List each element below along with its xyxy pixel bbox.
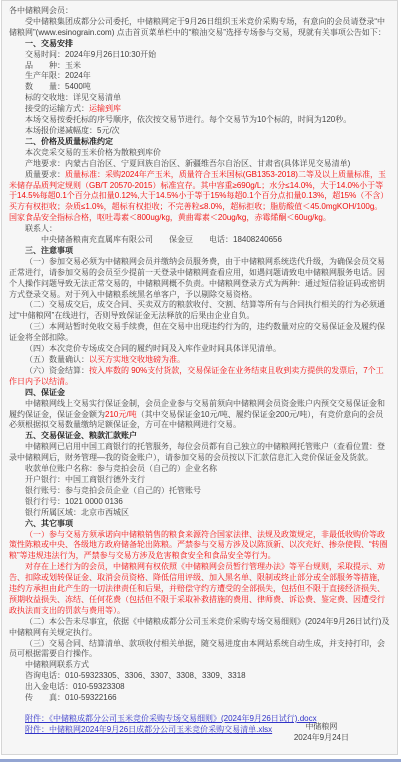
other-item-3: （三）交易合同、结算清单、款项收付相关单据，随交易进度由本网站系统自动生成，并支… <box>9 639 390 661</box>
intro-paragraph: 受中储粮集团成都分公司委托，中储粮网定于9月26日组织玉米竞价采购专场，有意向的… <box>9 17 390 39</box>
text-run: 六、其它事项 <box>25 519 73 528</box>
origin-requirement-line: 产地要求：内蒙古自治区、宁夏回族自治区、新疆维吾尔自治区、甘肃省(具体详见交易清… <box>9 159 390 170</box>
highlighted-text: 以买方实地交收地磅为准。 <box>89 355 185 364</box>
text-run: 联系人： <box>25 224 57 233</box>
text-run: 中储粮网已启用中国工商银行的托管服务，每位会员都有自己独立的中储粮网托管账户（查… <box>9 442 385 462</box>
other-item-2: （二）本公告未尽事宜，依据《中储粮成都分公司玉米竞价采购专场交易细则》(2024… <box>9 617 390 639</box>
payee-name-line: 收款单位账户名称：参与竞拍会员（自己的）企业名称 <box>9 464 390 475</box>
notice-item-5: （五）数量确认：以买方实地交收地磅为准。 <box>9 355 390 366</box>
other-item-1: （一）参与交易方须承诺向中储粮销售的粮食来源符合国家法律、法规及政策规定，非最低… <box>9 530 390 563</box>
consult-phone-line: 咨询电话：010-59323305、3306、3307、3308、3309、33… <box>9 671 390 682</box>
text-run: 一、交易安排 <box>25 39 73 48</box>
text-run: （一）参加交易必须为中储粮网会员并缴纳会员服务费，由于中储粮网系统迭代升级，为确… <box>9 257 385 299</box>
signature-date: 2024年9月24日 <box>294 733 349 744</box>
contact-detail-line: 中央储备粮南充直属库有限公司 保金豆 电话：18408240656 <box>9 235 390 246</box>
section-1-heading: 一、交易安排 <box>9 39 390 50</box>
other-item-1-consequence: 对存在上述行为的会员，中储粮网有权依照《中储粮网会员暂行管理办法》等平台规则，采… <box>9 562 390 617</box>
text-run: 本场交易按委托标的序号顺序，依次按交易节进行。每个交易节为10个标的，时间为12… <box>25 115 351 124</box>
highlighted-text: 对存在上述行为的会员，中储粮网有权依照《中储粮网会员暂行管理办法》等平台规则，采… <box>9 562 385 615</box>
contact-methods-label: 中储粮网联系方式 <box>9 660 390 671</box>
text-run: （六）资金结算： <box>25 366 89 375</box>
text-run: （三）本网站暂时免收交易手续费，但在交易中出现违约行为的，违约数量对应的交易保证… <box>9 322 385 342</box>
text-run: 各中储粮网会员： <box>9 6 73 15</box>
delivery-place-line: 标的交收地：详见交易清单 <box>9 93 390 104</box>
notice-item-6: （六）资金结算：按入库数的 90%支付货款，交易保证金在业务结束且收到卖方提供的… <box>9 366 390 388</box>
document-body: 各中储粮网会员：受中储粮集团成都分公司委托，中储粮网定于9月26日组织玉米竞价采… <box>9 6 390 736</box>
quantity-line: 数 量：5400吨 <box>9 82 390 93</box>
text-run: 本次竞采交易的玉米价格为散粮到库价 <box>25 148 161 157</box>
announcement-document: 各中储粮网会员：受中储粮集团成都分公司委托，中储粮网定于9月26日组织玉米竞价采… <box>1 0 398 755</box>
bank-region-line: 银行所属区域：北京市西城区 <box>9 508 390 519</box>
highlighted-text: （一）参与交易方须承诺向中储粮销售的粮食来源符合国家法律、法规及政策规定，非最低… <box>9 530 388 561</box>
text-run: 中央储备粮南充直属库有限公司 保金豆 电话：18408240656 <box>41 235 282 244</box>
attachment-link[interactable]: 附件：中储粮网2024年9月26日成都分公司玉米竞价采购交易清单.xlsx <box>25 725 272 734</box>
bank-code-line: 银行行号：1021 0000 0136 <box>9 497 390 508</box>
signature-block: 中储粮网 2024年9月24日 <box>294 722 349 744</box>
salutation: 各中储粮网会员： <box>9 6 390 17</box>
highlighted-text: 运输到库 <box>89 104 121 113</box>
signature-org: 中储粮网 <box>294 722 349 733</box>
text-run: 四、保证金 <box>25 388 65 397</box>
text-run: 品 种：玉米 <box>25 61 81 70</box>
text-run: 本场报价递减幅度：5元/次 <box>25 126 120 135</box>
text-run: （四）本次竞价专场成交合同的履约时间及入库作业时间具体详见清单。 <box>25 344 281 353</box>
section-2-heading: 二、价格及质量标准约定 <box>9 137 390 148</box>
text-run: 银行所属区域：北京市西城区 <box>25 508 129 517</box>
highlighted-text: 210元/吨 <box>105 410 137 419</box>
trade-time-line: 交易时间：2024年9月26日10:30开始 <box>9 50 390 61</box>
text-run: 咨询电话：010-59323305、3306、3307、3308、3309、33… <box>25 671 246 680</box>
text-run: 三、注意事项 <box>25 246 73 255</box>
notice-item-3: （三）本网站暂时免收交易手续费，但在交易中出现违约行为的，违约数量对应的交易保证… <box>9 322 390 344</box>
text-run: 质量要求： <box>25 170 65 179</box>
bid-step-line: 本场报价递减幅度：5元/次 <box>9 126 390 137</box>
text-run: 数 量：5400吨 <box>25 82 91 91</box>
text-run: 银行行号：1021 0000 0136 <box>25 497 123 506</box>
text-run: （三）交易合同、结算清单、款项收付相关单据，随交易进度由本网站系统自动生成，并支… <box>9 639 385 659</box>
attachment-link[interactable]: 附件：《中储粮成都分公司玉米竞价采购专场交易细则》(2024年9月26日试行).… <box>25 714 317 723</box>
quality-requirement-paragraph: 质量要求：质量标准：采购2024年产玉米，质量符合玉米国标(GB1353-201… <box>9 170 390 225</box>
variety-line: 品 种：玉米 <box>9 61 390 72</box>
price-basis-line: 本次竞采交易的玉米价格为散粮到库价 <box>9 148 390 159</box>
text-run: 中储粮网联系方式 <box>25 660 89 669</box>
notice-item-1: （一）参加交易必须为中储粮网会员并缴纳会员服务费，由于中储粮网系统迭代升级，为确… <box>9 257 390 301</box>
text-run: 二、价格及质量标准约定 <box>25 137 113 146</box>
section-6-heading: 六、其它事项 <box>9 519 390 530</box>
text-run: （五）数量确认： <box>25 355 89 364</box>
text-run: 交易时间：2024年9月26日10:30开始 <box>25 50 156 59</box>
text-run: 接受的运输方式： <box>25 104 89 113</box>
text-run: 开户银行：中国工商银行德外支行 <box>25 475 145 484</box>
transport-mode-line: 接受的运输方式：运输到库 <box>9 104 390 115</box>
section-3-heading: 三、注意事项 <box>9 246 390 257</box>
production-year-line: 生产年限：2024年 <box>9 71 390 82</box>
spacer <box>9 704 390 714</box>
text-run: 受中储粮集团成都分公司委托，中储粮网定于9月26日组织玉米竞价采购专场，有意向的… <box>9 17 386 37</box>
escrow-intro-paragraph: 中储粮网已启用中国工商银行的托管服务，每位会员都有自己独立的中储粮网托管账户（查… <box>9 442 390 464</box>
contact-label-line: 联系人： <box>9 224 390 235</box>
funds-phone-line: 出入金电话：010-59323308 <box>9 682 390 693</box>
bank-account-line: 银行账号：参与竞拍会员企业（自己的）托管账号 <box>9 486 390 497</box>
text-run: 产地要求：内蒙古自治区、宁夏回族自治区、新疆维吾尔自治区、甘肃省(具体详见交易清… <box>25 159 350 168</box>
section-5-heading: 五、交易保证金、粮款汇款账户 <box>9 431 390 442</box>
notice-item-4: （四）本次竞价专场成交合同的履约时间及入库作业时间具体详见清单。 <box>9 344 390 355</box>
fax-line: 传 真：010-59322166 <box>9 693 390 704</box>
text-run: 传 真：010-59322166 <box>25 693 117 702</box>
bank-name-line: 开户银行：中国工商银行德外支行 <box>9 475 390 486</box>
notice-item-2: （二）交易成交后，成交合同、买卖双方的粮款收付、交割、结算等所有与合同执行相关的… <box>9 300 390 322</box>
text-run: 银行账号：参与竞拍会员企业（自己的）托管账号 <box>25 486 201 495</box>
text-run: 生产年限：2024年 <box>25 71 91 80</box>
highlighted-text: 质量标准：采购2024年产玉米，质量符合玉米国标(GB1353-2018)二等及… <box>9 170 388 223</box>
text-run: 出入金电话：010-59323308 <box>25 682 125 691</box>
text-run: 收款单位账户名称：参与竞拍会员（自己的）企业名称 <box>25 464 217 473</box>
deposit-paragraph: 中储粮网线上交易实行保证金制，会员企业参与交易前须向中储粮网会员资金账户内预交交… <box>9 399 390 432</box>
text-run: 五、交易保证金、粮款汇款账户 <box>25 431 137 440</box>
text-run: 标的交收地：详见交易清单 <box>25 93 121 102</box>
section-4-heading: 四、保证金 <box>9 388 390 399</box>
text-run: （二）交易成交后，成交合同、买卖双方的粮款收付、交割、结算等所有与合同执行相关的… <box>9 300 385 320</box>
session-rule-line: 本场交易按委托标的序号顺序，依次按交易节进行。每个交易节为10个标的，时间为12… <box>9 115 390 126</box>
text-run: （二）本公告未尽事宜，依据《中储粮成都分公司玉米竞价采购专场交易细则》(2024… <box>9 617 389 637</box>
